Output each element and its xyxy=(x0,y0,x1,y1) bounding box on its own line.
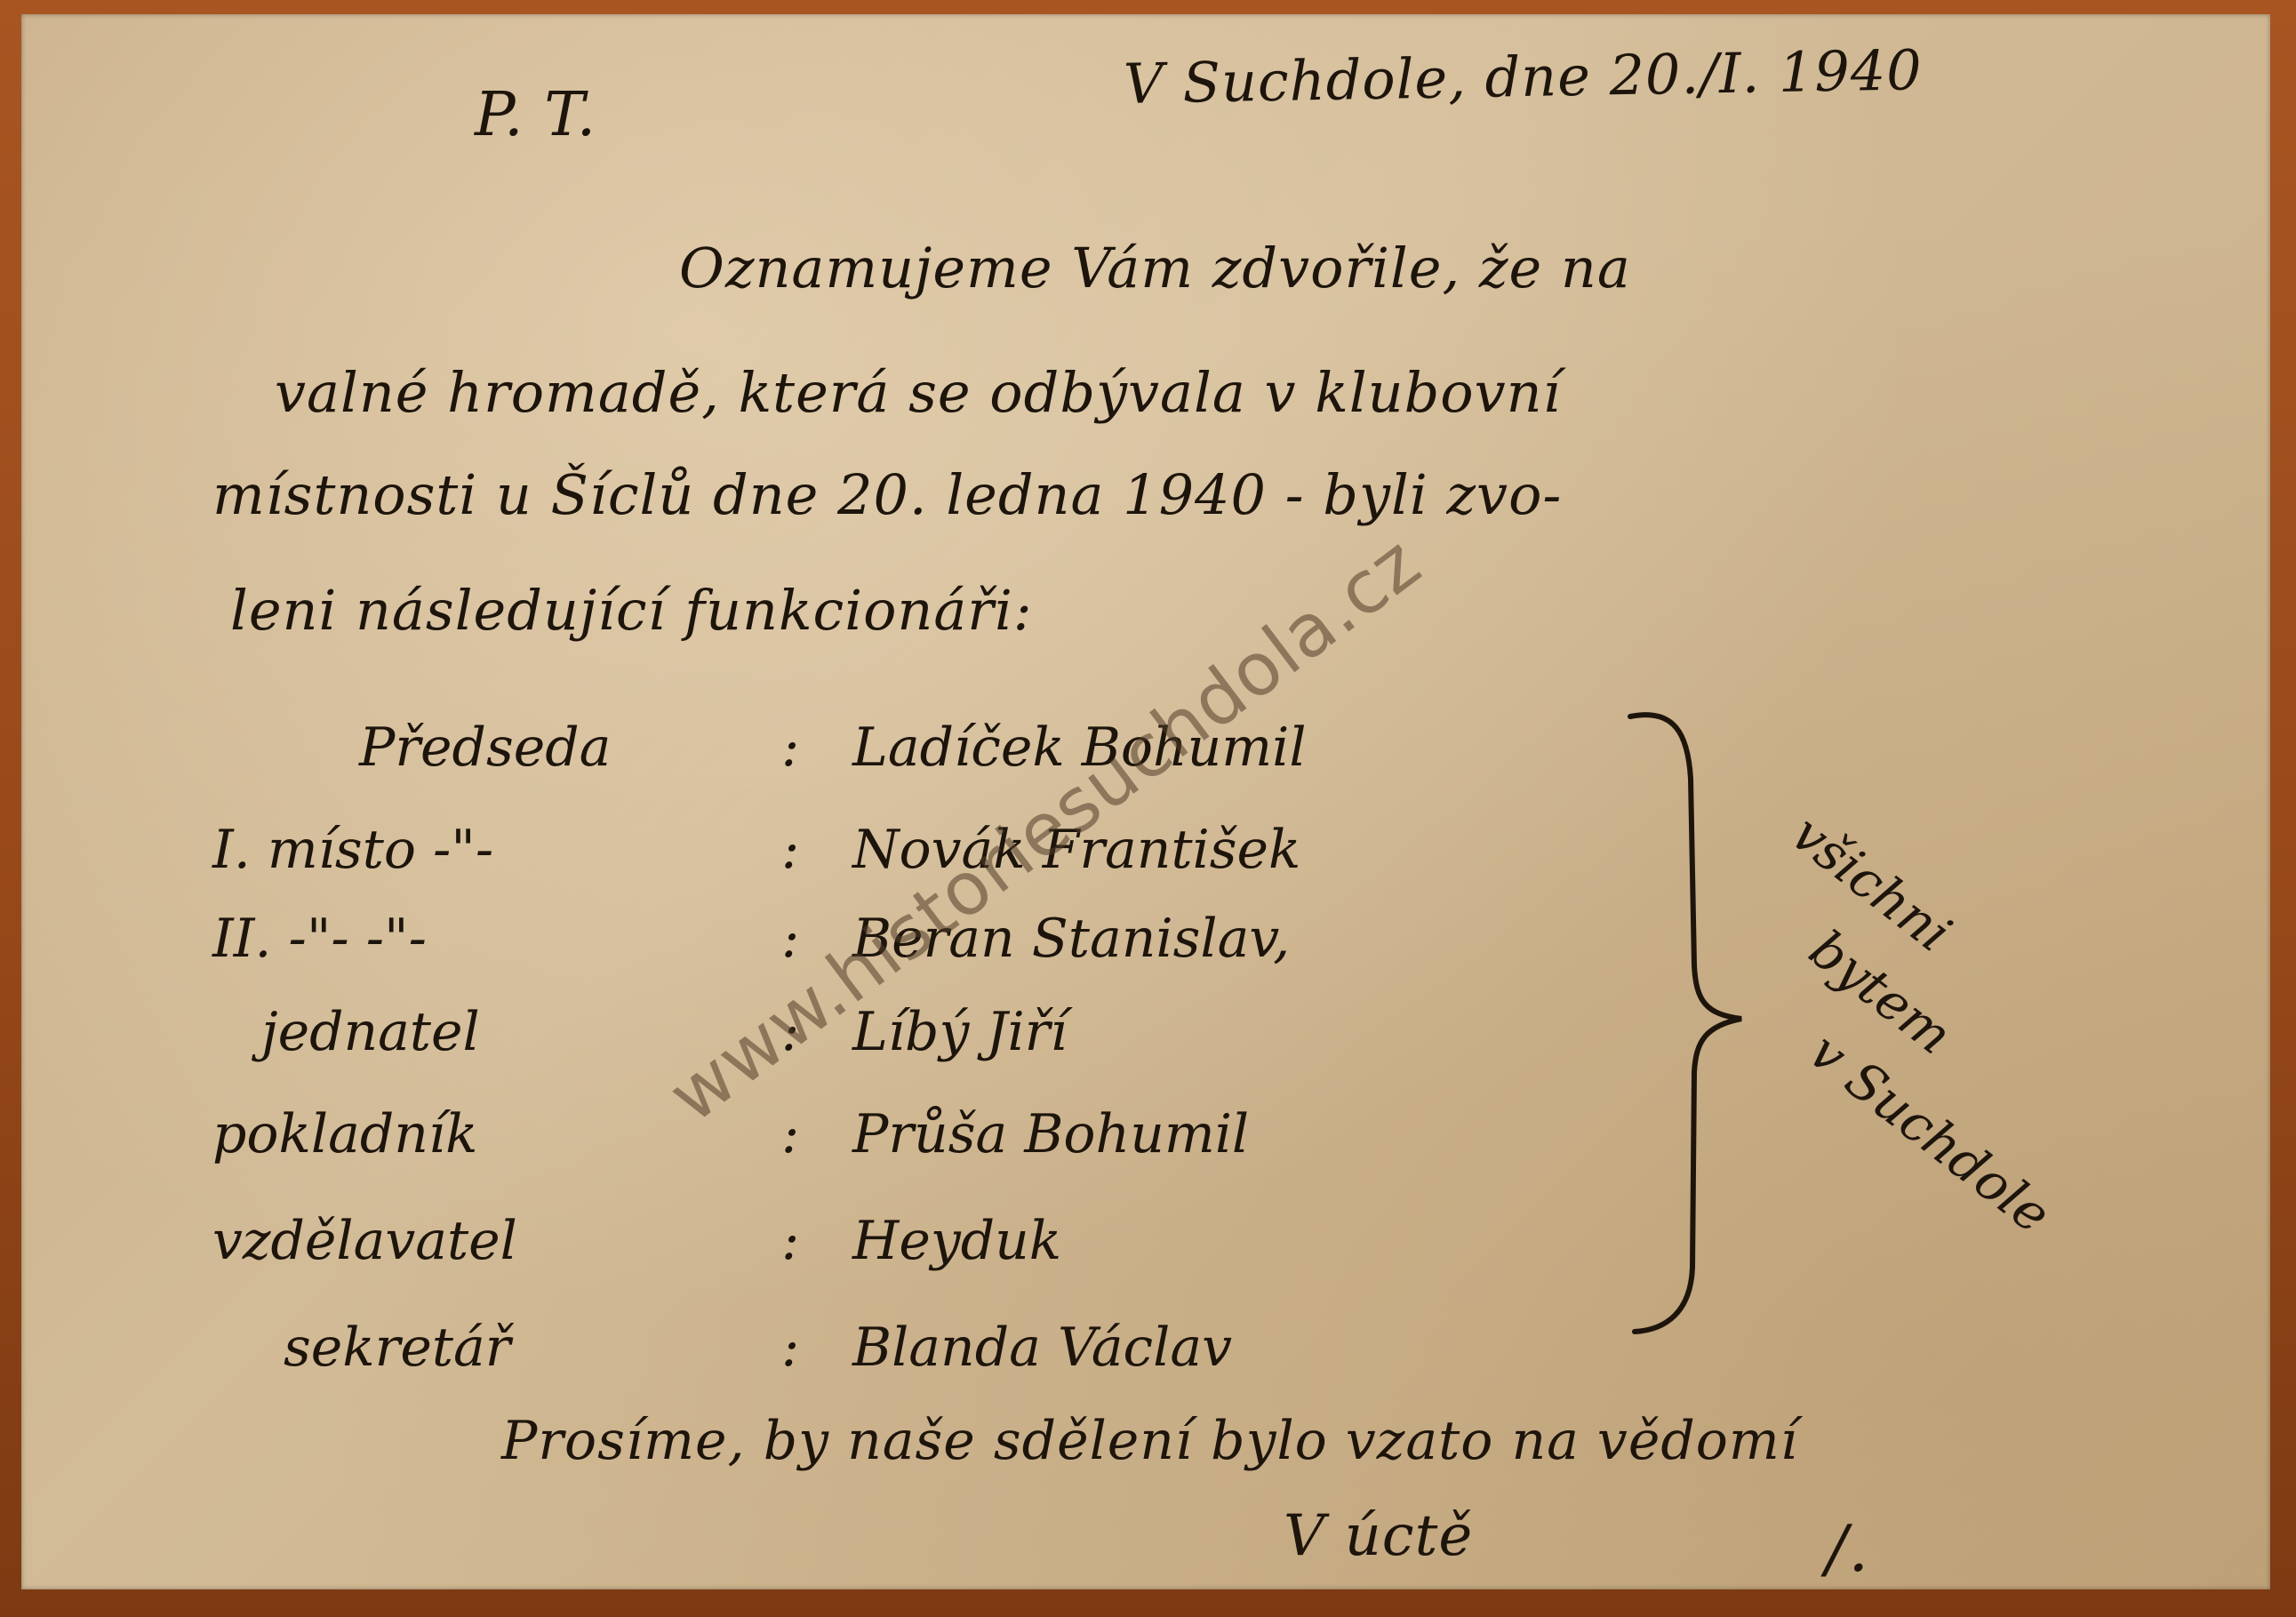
bracket-note: všichni bytem v Suchdole xyxy=(1790,779,2252,1223)
officer-row-educator: vzdělavatel : Heyduk xyxy=(212,1210,1724,1281)
officer-separator: : xyxy=(781,819,799,881)
postcard: V Suchdole, dne 20./I. 1940 P. T. Oznamu… xyxy=(21,14,2270,1589)
officer-separator: : xyxy=(781,1001,799,1063)
officer-name: Heyduk xyxy=(852,1210,1061,1272)
closing-request: Prosíme, by naše sdělení bylo vzato na v… xyxy=(501,1414,1798,1468)
officer-role: II. -"- -"- xyxy=(212,908,427,970)
body-line-2: valné hromadě, která se odbývala v klubo… xyxy=(275,365,1561,420)
officer-separator: : xyxy=(781,1317,799,1379)
officer-role: jednatel xyxy=(261,1001,480,1063)
officer-row-treasurer: pokladník : Průša Bohumil xyxy=(212,1103,1724,1174)
officer-separator: : xyxy=(781,908,799,970)
officer-row-secretary: sekretář : Blanda Václav xyxy=(212,1317,1724,1388)
closing-mark: /. xyxy=(1826,1517,1869,1581)
officer-role: pokladník xyxy=(212,1103,477,1165)
place-date-header: V Suchdole, dne 20./I. 1940 xyxy=(1124,43,1924,112)
salutation: P. T. xyxy=(475,85,596,146)
officer-row-secretary-jednatel: jednatel : Líbý Jiří xyxy=(212,1001,1724,1072)
body-line-1: Oznamujeme Vám zdvořile, že na xyxy=(679,241,1631,296)
curly-brace-icon xyxy=(1621,699,1755,1339)
officer-role: vzdělavatel xyxy=(212,1210,517,1272)
officer-row-vice-chairman-1: I. místo -"- : Novák František xyxy=(212,819,1724,890)
bracket-note-line-1: všichni xyxy=(1780,803,1963,964)
officer-name: Blanda Václav xyxy=(852,1317,1232,1379)
body-line-4: leni následující funkcionáři: xyxy=(230,583,1033,638)
officer-row-vice-chairman-2: II. -"- -"- : Beran Stanislav, xyxy=(212,908,1724,979)
officer-separator: : xyxy=(781,1103,799,1165)
officer-name: Novák František xyxy=(852,819,1300,881)
officer-name: Beran Stanislav, xyxy=(852,908,1290,970)
closing-regards: V úctě xyxy=(1284,1508,1473,1565)
officer-separator: : xyxy=(781,1210,799,1272)
officer-row-chairman: Předseda : Ladíček Bohumil xyxy=(212,716,1724,788)
body-line-3: místnosti u Šíclů dne 20. ledna 1940 - b… xyxy=(212,468,1562,523)
officer-role: Předseda xyxy=(359,716,611,779)
officer-role: I. místo -"- xyxy=(212,819,493,881)
officer-role: sekretář xyxy=(284,1317,510,1379)
officer-name: Průša Bohumil xyxy=(852,1103,1249,1165)
officer-separator: : xyxy=(781,716,799,779)
officer-name: Líbý Jiří xyxy=(852,1001,1068,1063)
officer-name: Ladíček Bohumil xyxy=(852,716,1307,779)
